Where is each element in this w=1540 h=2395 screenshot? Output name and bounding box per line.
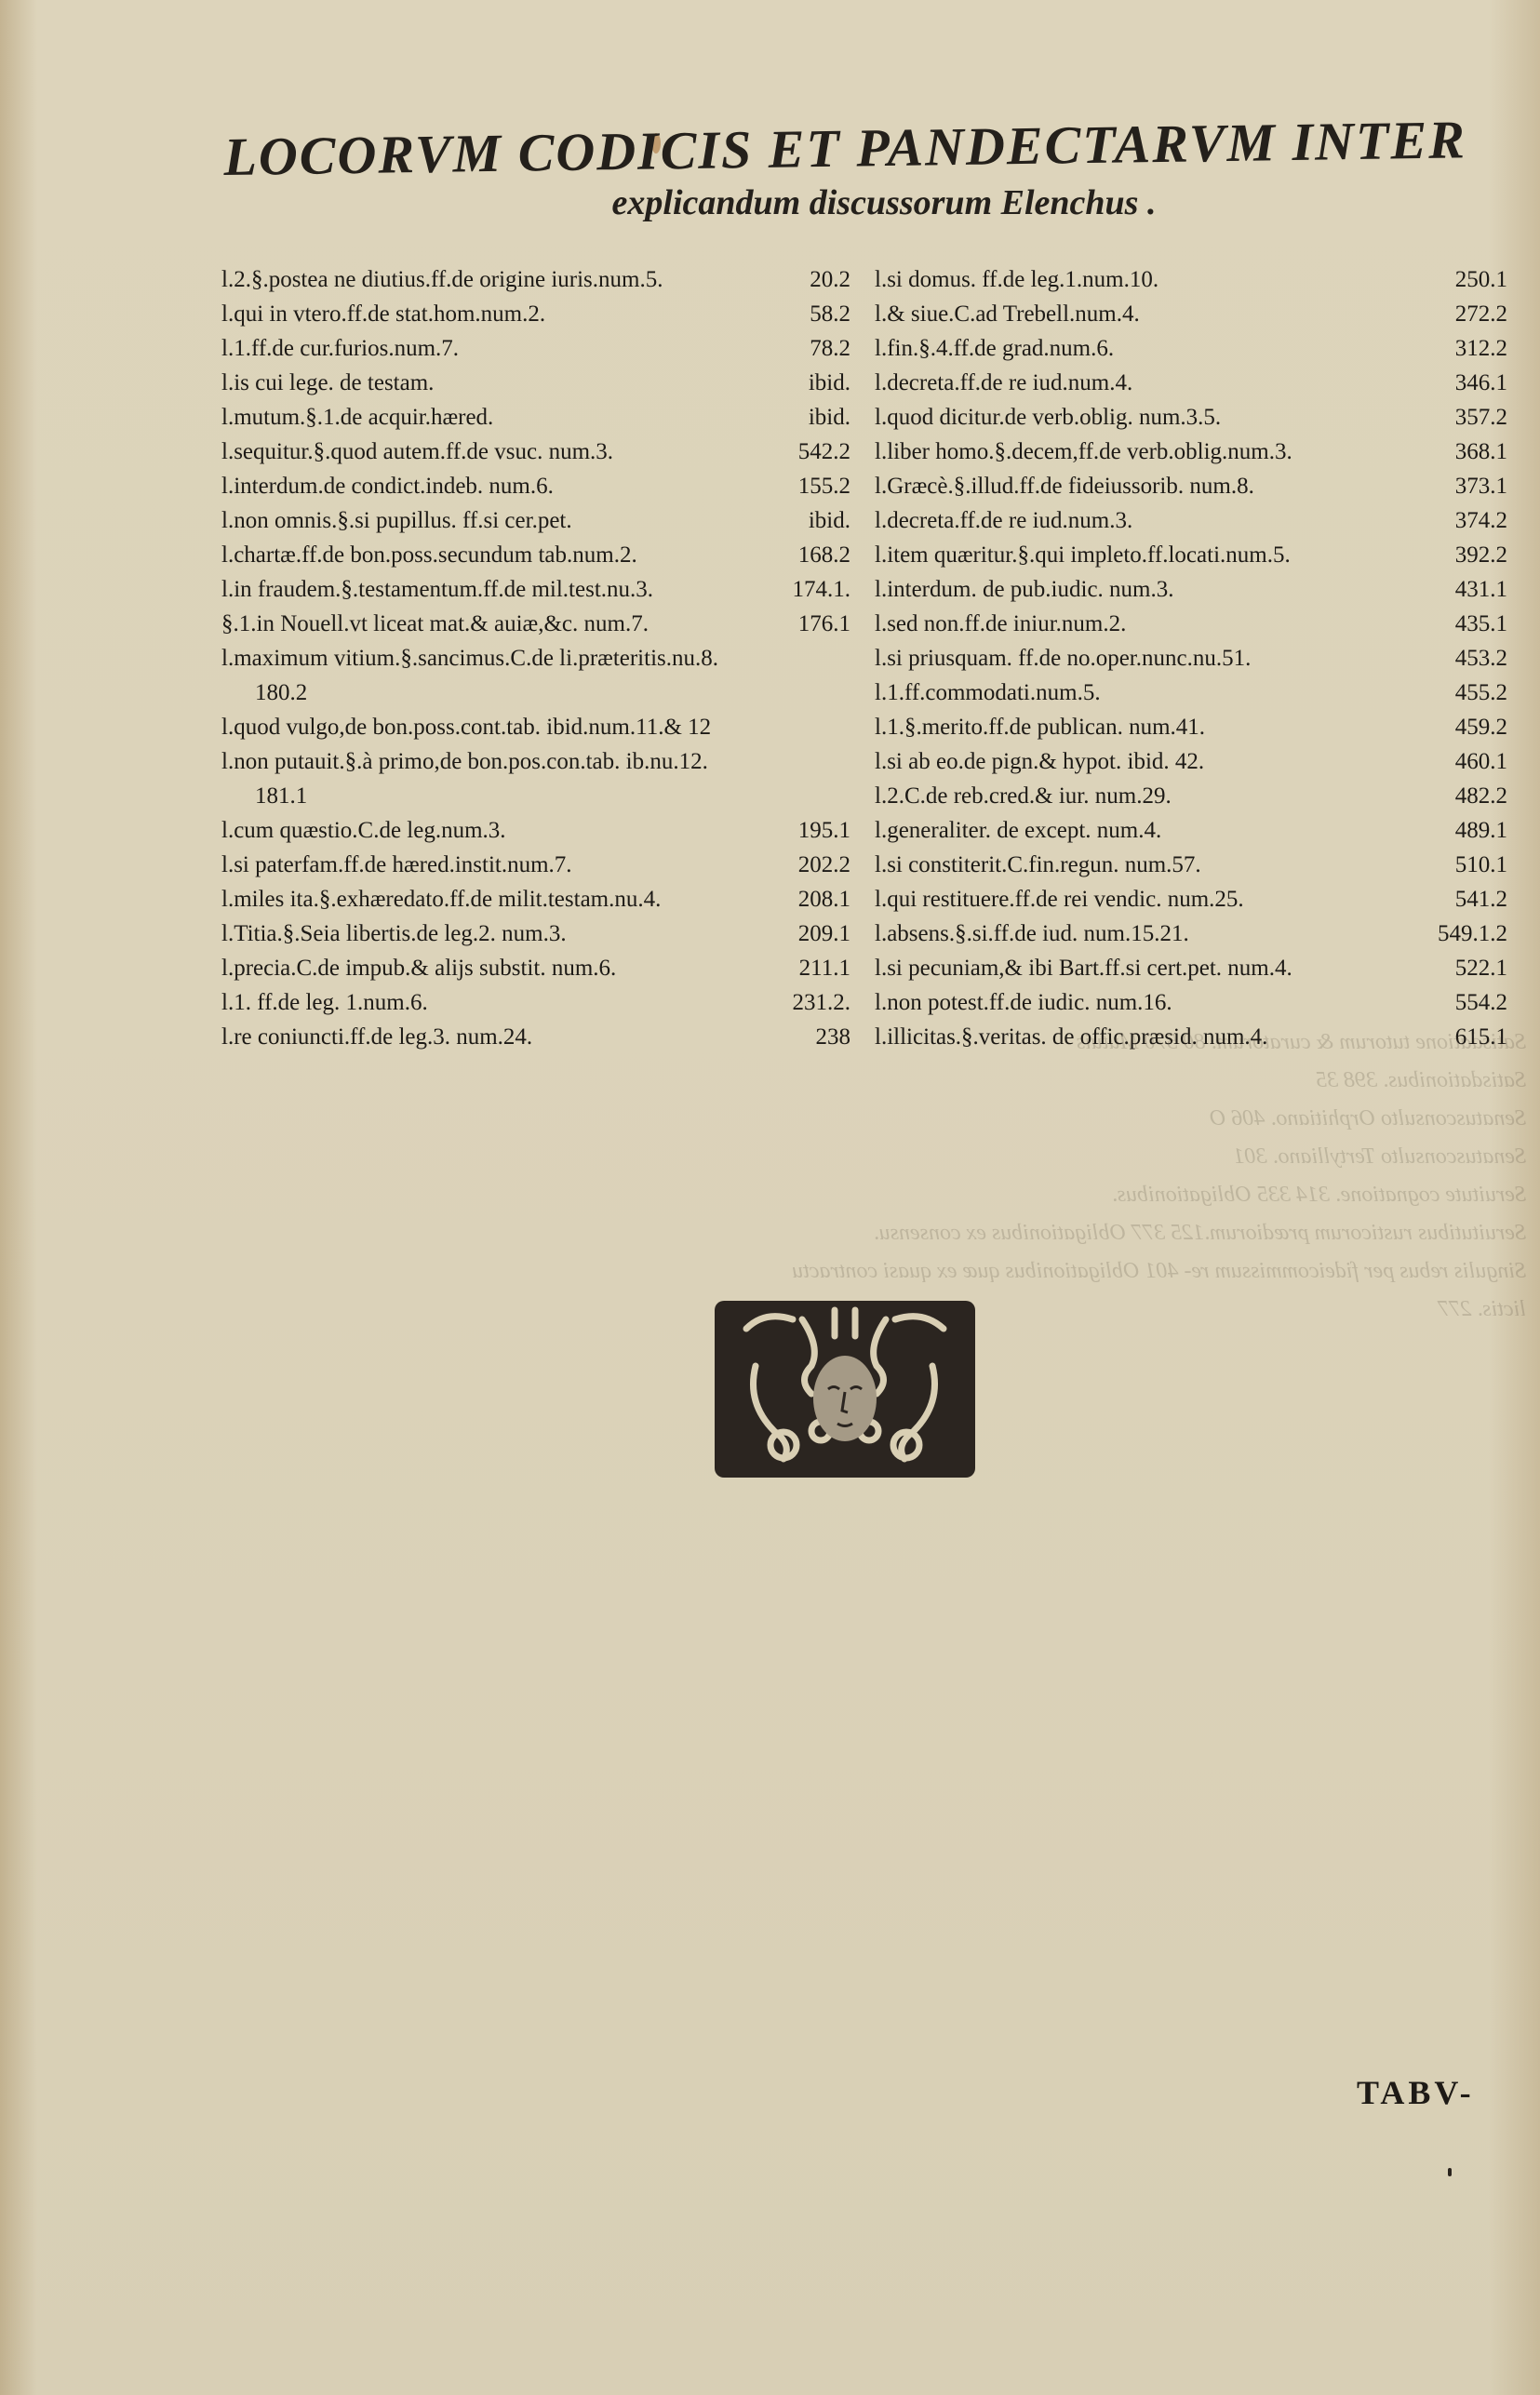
entry-page-number: 510.1 bbox=[1444, 848, 1507, 882]
index-entry: l.1.§.merito.ff.de publican. num.41.459.… bbox=[875, 710, 1507, 744]
entry-page-number: 58.2 bbox=[787, 297, 850, 331]
entry-reference: l.si domus. ff.de leg.1.num.10. bbox=[875, 262, 1158, 297]
entry-page-number bbox=[787, 676, 850, 710]
entry-page-number: 542.2 bbox=[787, 435, 850, 469]
index-entry: l.non potest.ff.de iudic. num.16.554.2 bbox=[875, 985, 1507, 1020]
bleed-line: Satisdatione tutorum & curatorum. 80 570… bbox=[214, 1024, 1526, 1062]
index-entry: l.item quæritur.§.qui impleto.ff.locati.… bbox=[875, 538, 1507, 572]
index-entry: l.si priusquam. ff.de no.oper.nunc.nu.51… bbox=[875, 641, 1507, 676]
entry-reference: l.Titia.§.Seia libertis.de leg.2. num.3. bbox=[221, 917, 567, 951]
bleed-through-text: Satisdatione tutorum & curatorum. 80 570… bbox=[214, 1024, 1526, 1329]
entry-reference: l.non putauit.§.à primo,de bon.pos.con.t… bbox=[221, 744, 708, 779]
index-entry: l.qui in vtero.ff.de stat.hom.num.2.58.2 bbox=[221, 297, 850, 331]
index-entry: l.1.ff.de cur.furios.num.7.78.2 bbox=[221, 331, 850, 366]
entry-page-number: 231.2. bbox=[785, 985, 851, 1020]
entry-reference: l.quod dicitur.de verb.oblig. num.3.5. bbox=[875, 400, 1221, 435]
entry-page-number bbox=[787, 744, 850, 779]
entry-reference: l.precia.C.de impub.& alijs substit. num… bbox=[221, 951, 616, 985]
entry-reference: l.absens.§.si.ff.de iud. num.15.21. bbox=[875, 917, 1189, 951]
entry-reference: l.sequitur.§.quod autem.ff.de vsuc. num.… bbox=[221, 435, 613, 469]
entry-reference: l.cum quæstio.C.de leg.num.3. bbox=[221, 813, 506, 848]
entry-reference: l.interdum. de pub.iudic. num.3. bbox=[875, 572, 1173, 607]
entry-page-number: 453.2 bbox=[1444, 641, 1507, 676]
entry-reference: l.qui in vtero.ff.de stat.hom.num.2. bbox=[221, 297, 545, 331]
index-entry: l.cum quæstio.C.de leg.num.3.195.1 bbox=[221, 813, 850, 848]
index-entry: l.1. ff.de leg. 1.num.6.231.2. bbox=[221, 985, 850, 1020]
entry-page-number: 392.2 bbox=[1444, 538, 1507, 572]
entry-page-number bbox=[787, 779, 850, 813]
entry-reference: l.si constiterit.C.fin.regun. num.57. bbox=[875, 848, 1201, 882]
index-entry: 181.1 bbox=[221, 779, 850, 813]
entry-page-number: 208.1 bbox=[787, 882, 850, 917]
entry-page-number: 554.2 bbox=[1444, 985, 1507, 1020]
entry-page-number: ibid. bbox=[787, 366, 850, 400]
entry-reference: l.si priusquam. ff.de no.oper.nunc.nu.51… bbox=[875, 641, 1251, 676]
index-entry: l.Titia.§.Seia libertis.de leg.2. num.3.… bbox=[221, 917, 850, 951]
entry-reference: l.is cui lege. de testam. bbox=[221, 366, 434, 400]
entry-reference: l.& siue.C.ad Trebell.num.4. bbox=[875, 297, 1140, 331]
page-subtitle: explicandum discussorum Elenchus . bbox=[261, 182, 1507, 223]
entry-page-number: 78.2 bbox=[787, 331, 850, 366]
index-entry: l.decreta.ff.de re iud.num.3.374.2 bbox=[875, 503, 1507, 538]
index-entry: l.mutum.§.1.de acquir.hæred.ibid. bbox=[221, 400, 850, 435]
entry-page-number: 174.1. bbox=[785, 572, 851, 607]
entry-page-number: 455.2 bbox=[1444, 676, 1507, 710]
index-entry: l.precia.C.de impub.& alijs substit. num… bbox=[221, 951, 850, 985]
entry-reference: 181.1 bbox=[221, 779, 307, 813]
bleed-line: Satisdationibus. 398 35 bbox=[214, 1062, 1526, 1100]
index-entry: l.maximum vitium.§.sancimus.C.de li.præt… bbox=[221, 641, 850, 676]
entry-reference: l.in fraudem.§.testamentum.ff.de mil.tes… bbox=[221, 572, 653, 607]
entry-reference: l.Græcè.§.illud.ff.de fideiussorib. num.… bbox=[875, 469, 1254, 503]
entry-reference: l.1.ff.commodati.num.5. bbox=[875, 676, 1101, 710]
entry-reference: l.quod vulgo,de bon.poss.cont.tab. ibid.… bbox=[221, 710, 711, 744]
index-entry: l.si domus. ff.de leg.1.num.10.250.1 bbox=[875, 262, 1507, 297]
entry-page-number: 489.1 bbox=[1444, 813, 1507, 848]
index-entry: l.Græcè.§.illud.ff.de fideiussorib. num.… bbox=[875, 469, 1507, 503]
entry-reference: l.chartæ.ff.de bon.poss.secundum tab.num… bbox=[221, 538, 637, 572]
index-entry: l.2.§.postea ne diutius.ff.de origine iu… bbox=[221, 262, 850, 297]
entry-reference: l.si ab eo.de pign.& hypot. ibid. 42. bbox=[875, 744, 1204, 779]
entry-reference: l.2.§.postea ne diutius.ff.de origine iu… bbox=[221, 262, 663, 297]
bleed-line: Seruitutibus rusticorum prædiorum.125 37… bbox=[214, 1214, 1526, 1252]
entry-page-number: 312.2 bbox=[1444, 331, 1507, 366]
index-entry: l.quod dicitur.de verb.oblig. num.3.5.35… bbox=[875, 400, 1507, 435]
woodcut-ornament-icon bbox=[709, 1291, 981, 1483]
index-entry: l.sequitur.§.quod autem.ff.de vsuc. num.… bbox=[221, 435, 850, 469]
entry-reference: l.non potest.ff.de iudic. num.16. bbox=[875, 985, 1172, 1020]
index-entry: l.absens.§.si.ff.de iud. num.15.21.549.1… bbox=[875, 917, 1507, 951]
entry-reference: l.liber homo.§.decem,ff.de verb.oblig.nu… bbox=[875, 435, 1292, 469]
index-entry: l.liber homo.§.decem,ff.de verb.oblig.nu… bbox=[875, 435, 1507, 469]
printer-mark bbox=[1448, 2168, 1452, 2176]
entry-page-number bbox=[787, 710, 850, 744]
entry-page-number: 209.1 bbox=[787, 917, 850, 951]
index-entry: l.non putauit.§.à primo,de bon.pos.con.t… bbox=[221, 744, 850, 779]
entry-reference: l.mutum.§.1.de acquir.hæred. bbox=[221, 400, 493, 435]
catchword: TABV- bbox=[1357, 2073, 1475, 2112]
index-entry: l.is cui lege. de testam.ibid. bbox=[221, 366, 850, 400]
index-entry: l.non omnis.§.si pupillus. ff.si cer.pet… bbox=[221, 503, 850, 538]
entry-page-number: ibid. bbox=[787, 503, 850, 538]
bleed-line: Senatusconsulto Orphitiano. 406 O bbox=[214, 1100, 1526, 1138]
index-entry: 180.2 bbox=[221, 676, 850, 710]
entry-reference: l.fin.§.4.ff.de grad.num.6. bbox=[875, 331, 1114, 366]
entry-reference: l.sed non.ff.de iniur.num.2. bbox=[875, 607, 1126, 641]
entry-reference: l.1.§.merito.ff.de publican. num.41. bbox=[875, 710, 1205, 744]
index-entry: l.si paterfam.ff.de hæred.instit.num.7.2… bbox=[221, 848, 850, 882]
entry-reference: l.item quæritur.§.qui impleto.ff.locati.… bbox=[875, 538, 1291, 572]
index-entry: l.fin.§.4.ff.de grad.num.6.312.2 bbox=[875, 331, 1507, 366]
index-entry: l.sed non.ff.de iniur.num.2.435.1 bbox=[875, 607, 1507, 641]
entry-page-number: 155.2 bbox=[787, 469, 850, 503]
entry-reference: l.1. ff.de leg. 1.num.6. bbox=[221, 985, 428, 1020]
page-header: LOCORVM CODICIS ET PANDECTARVM INTER exp… bbox=[223, 126, 1507, 223]
entry-reference: l.1.ff.de cur.furios.num.7. bbox=[221, 331, 459, 366]
entry-reference: l.miles ita.§.exhæredato.ff.de milit.tes… bbox=[221, 882, 661, 917]
entry-page-number: 272.2 bbox=[1444, 297, 1507, 331]
page-title: LOCORVM CODICIS ET PANDECTARVM INTER bbox=[223, 108, 1508, 188]
index-entry: l.2.C.de reb.cred.& iur. num.29.482.2 bbox=[875, 779, 1507, 813]
entry-reference: l.si paterfam.ff.de hæred.instit.num.7. bbox=[221, 848, 572, 882]
entry-reference: l.decreta.ff.de re iud.num.3. bbox=[875, 503, 1132, 538]
index-entry: l.interdum.de condict.indeb. num.6.155.2 bbox=[221, 469, 850, 503]
entry-page-number: 541.2 bbox=[1444, 882, 1507, 917]
entry-page-number: 168.2 bbox=[787, 538, 850, 572]
bleed-line: Seruitute cognatione. 314 335 Obligation… bbox=[214, 1176, 1526, 1214]
index-entry: l.si ab eo.de pign.& hypot. ibid. 42.460… bbox=[875, 744, 1507, 779]
entry-page-number: 176.1 bbox=[787, 607, 850, 641]
index-entry: l.& siue.C.ad Trebell.num.4.272.2 bbox=[875, 297, 1507, 331]
entry-page-number: 357.2 bbox=[1444, 400, 1507, 435]
entry-page-number bbox=[787, 641, 850, 676]
book-page: LOCORVM CODICIS ET PANDECTARVM INTER exp… bbox=[0, 0, 1540, 2395]
entry-page-number: 195.1 bbox=[787, 813, 850, 848]
index-entry: l.qui restituere.ff.de rei vendic. num.2… bbox=[875, 882, 1507, 917]
entry-reference: §.1.in Nouell.vt liceat mat.& auiæ,&c. n… bbox=[221, 607, 649, 641]
index-entry: l.1.ff.commodati.num.5.455.2 bbox=[875, 676, 1507, 710]
entry-reference: l.maximum vitium.§.sancimus.C.de li.præt… bbox=[221, 641, 718, 676]
entry-page-number: 20.2 bbox=[787, 262, 850, 297]
entry-page-number: 202.2 bbox=[787, 848, 850, 882]
index-entry: l.miles ita.§.exhæredato.ff.de milit.tes… bbox=[221, 882, 850, 917]
index-entry: l.si pecuniam,& ibi Bart.ff.si cert.pet.… bbox=[875, 951, 1507, 985]
entry-page-number: 368.1 bbox=[1444, 435, 1507, 469]
entry-page-number: 211.1 bbox=[787, 951, 850, 985]
index-column-left: l.2.§.postea ne diutius.ff.de origine iu… bbox=[221, 262, 850, 1054]
entry-reference: l.non omnis.§.si pupillus. ff.si cer.pet… bbox=[221, 503, 572, 538]
entry-page-number: 459.2 bbox=[1444, 710, 1507, 744]
entry-page-number: 431.1 bbox=[1444, 572, 1507, 607]
index-entry: l.generaliter. de except. num.4.489.1 bbox=[875, 813, 1507, 848]
index-entry: l.in fraudem.§.testamentum.ff.de mil.tes… bbox=[221, 572, 850, 607]
entry-page-number: ibid. bbox=[787, 400, 850, 435]
entry-page-number: 346.1 bbox=[1444, 366, 1507, 400]
entry-reference: l.qui restituere.ff.de rei vendic. num.2… bbox=[875, 882, 1244, 917]
entry-reference: l.generaliter. de except. num.4. bbox=[875, 813, 1161, 848]
entry-page-number: 374.2 bbox=[1444, 503, 1507, 538]
index-entry: l.quod vulgo,de bon.poss.cont.tab. ibid.… bbox=[221, 710, 850, 744]
entry-page-number: 549.1.2 bbox=[1430, 917, 1507, 951]
bleed-line: Senatusconsulto Tertylliano. 301 bbox=[214, 1138, 1526, 1176]
entry-reference: l.si pecuniam,& ibi Bart.ff.si cert.pet.… bbox=[875, 951, 1292, 985]
index-entry: l.si constiterit.C.fin.regun. num.57.510… bbox=[875, 848, 1507, 882]
entry-page-number: 460.1 bbox=[1444, 744, 1507, 779]
index-entry: l.interdum. de pub.iudic. num.3.431.1 bbox=[875, 572, 1507, 607]
entry-reference: l.decreta.ff.de re iud.num.4. bbox=[875, 366, 1132, 400]
index-entry: l.chartæ.ff.de bon.poss.secundum tab.num… bbox=[221, 538, 850, 572]
entry-page-number: 522.1 bbox=[1444, 951, 1507, 985]
index-entry: l.decreta.ff.de re iud.num.4.346.1 bbox=[875, 366, 1507, 400]
bleed-line: Singulis rebus per fideicommissum re- 40… bbox=[214, 1252, 1526, 1291]
entry-page-number: 373.1 bbox=[1444, 469, 1507, 503]
index-column-right: l.si domus. ff.de leg.1.num.10.250.1l.& … bbox=[875, 262, 1507, 1054]
entry-reference: l.2.C.de reb.cred.& iur. num.29. bbox=[875, 779, 1172, 813]
entry-page-number: 482.2 bbox=[1444, 779, 1507, 813]
index-entry: §.1.in Nouell.vt liceat mat.& auiæ,&c. n… bbox=[221, 607, 850, 641]
entry-page-number: 435.1 bbox=[1444, 607, 1507, 641]
entry-reference: 180.2 bbox=[221, 676, 307, 710]
entry-page-number: 250.1 bbox=[1444, 262, 1507, 297]
entry-reference: l.interdum.de condict.indeb. num.6. bbox=[221, 469, 554, 503]
